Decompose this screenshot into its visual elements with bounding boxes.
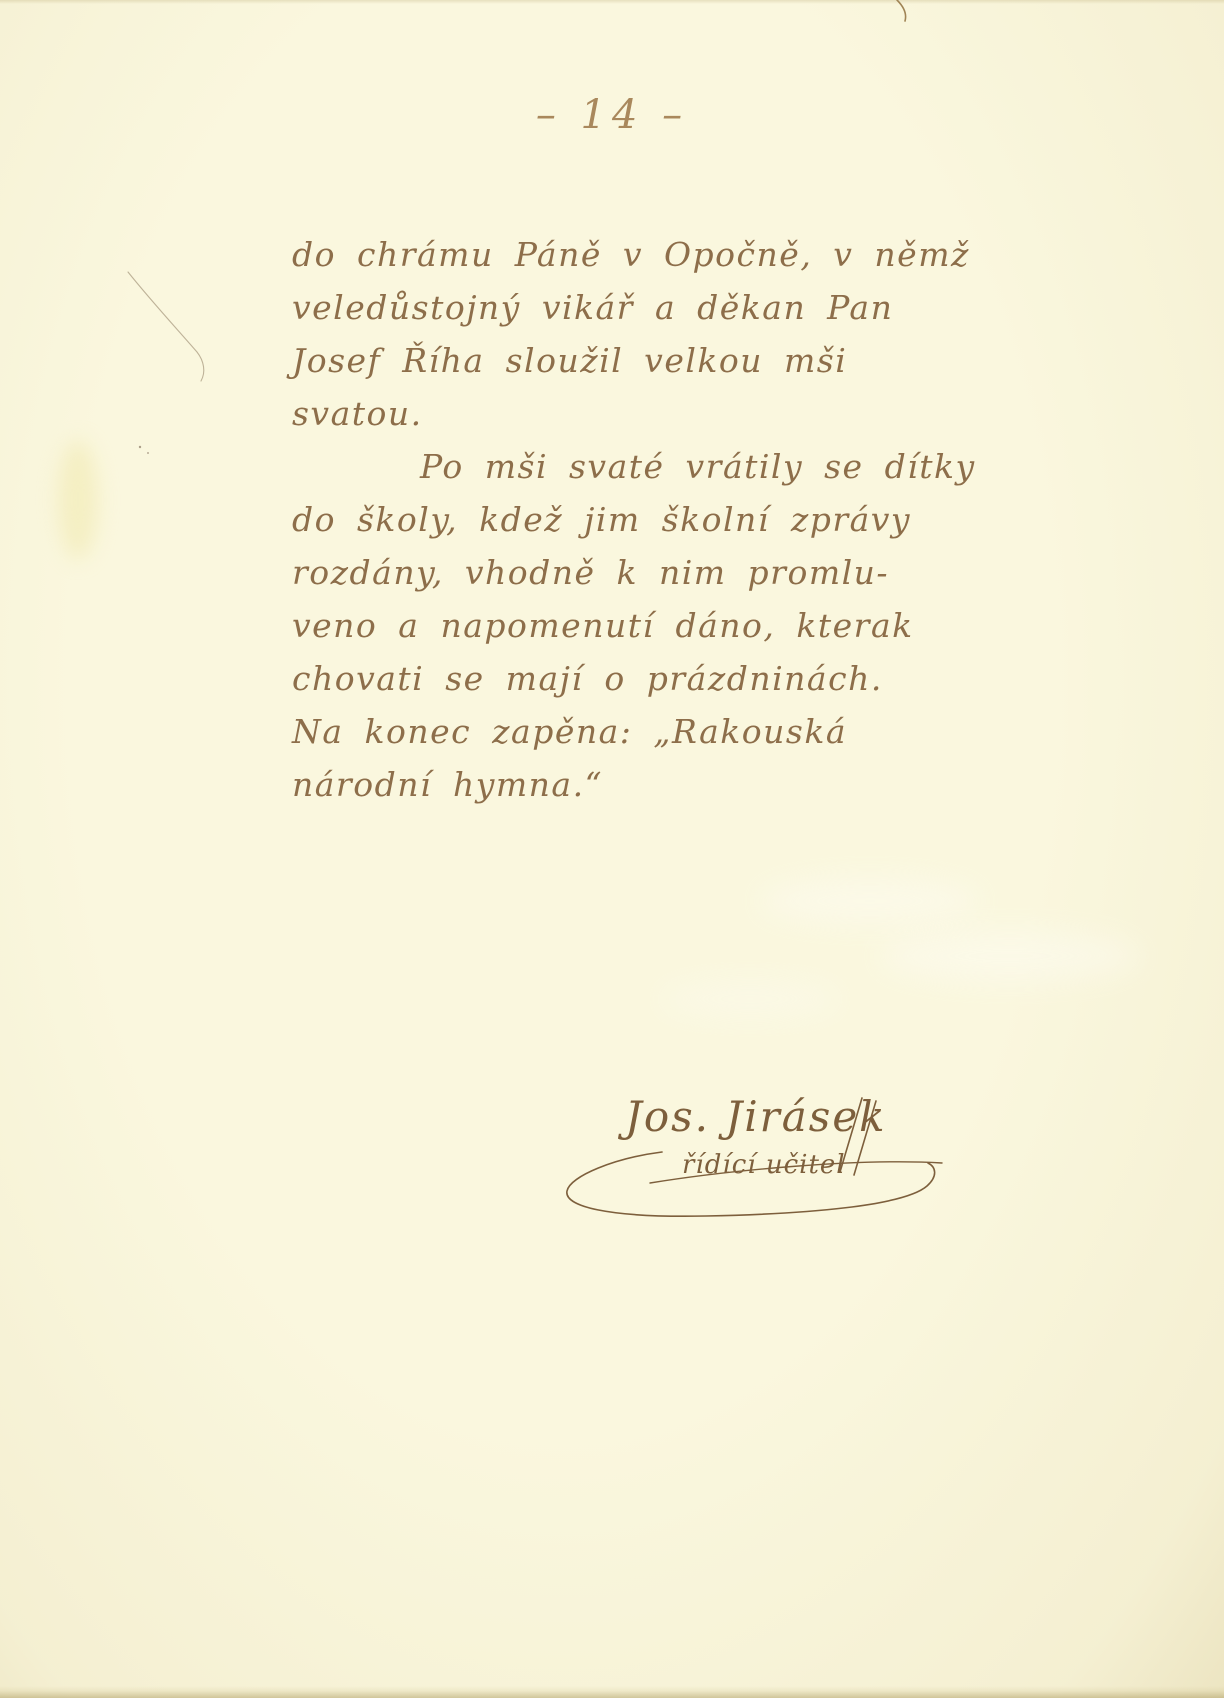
manuscript-line: do chrámu Páně v Opočně, v němž <box>292 228 952 281</box>
manuscript-line: chovati se mají o prázdninách. <box>292 652 952 705</box>
manuscript-line: svatou. <box>292 387 952 440</box>
paper-stain <box>58 440 98 560</box>
page-number: – 14 – <box>0 92 1224 138</box>
signature-name: Jos. Jirásek <box>625 1092 887 1141</box>
ink-speck <box>139 446 141 448</box>
manuscript-line: Po mši svaté vrátily se dítky <box>292 440 952 493</box>
manuscript-line: národní hymna.“ <box>292 758 952 811</box>
paper-bottom-edge <box>0 1686 1224 1698</box>
manuscript-line: Josef Říha sloužil velkou mši <box>292 334 952 387</box>
manuscript-line: veledůstojný vikář a děkan Pan <box>292 281 952 334</box>
manuscript-line: rozdány, vhodně k nim promlu- <box>292 546 952 599</box>
paper-sheen <box>760 878 980 924</box>
signature-role: řídící učitel <box>682 1150 846 1180</box>
manuscript-line: do školy, kdež jim školní zprávy <box>292 493 952 546</box>
ink-speck <box>147 452 149 454</box>
paper-sheen <box>880 930 1140 982</box>
manuscript-line: veno a napomenutí dáno, kterak <box>292 599 952 652</box>
paper-sheen <box>660 980 840 1018</box>
paper-top-edge <box>0 0 1224 4</box>
manuscript-page: { "page": { "number": "– 14 –" }, "manus… <box>0 0 1224 1698</box>
hairline-scratch <box>128 272 204 381</box>
manuscript-line: Na konec zapěna: „Rakouská <box>292 705 952 758</box>
handwritten-text-block: do chrámu Páně v Opočně, v němž veledůst… <box>292 228 952 811</box>
